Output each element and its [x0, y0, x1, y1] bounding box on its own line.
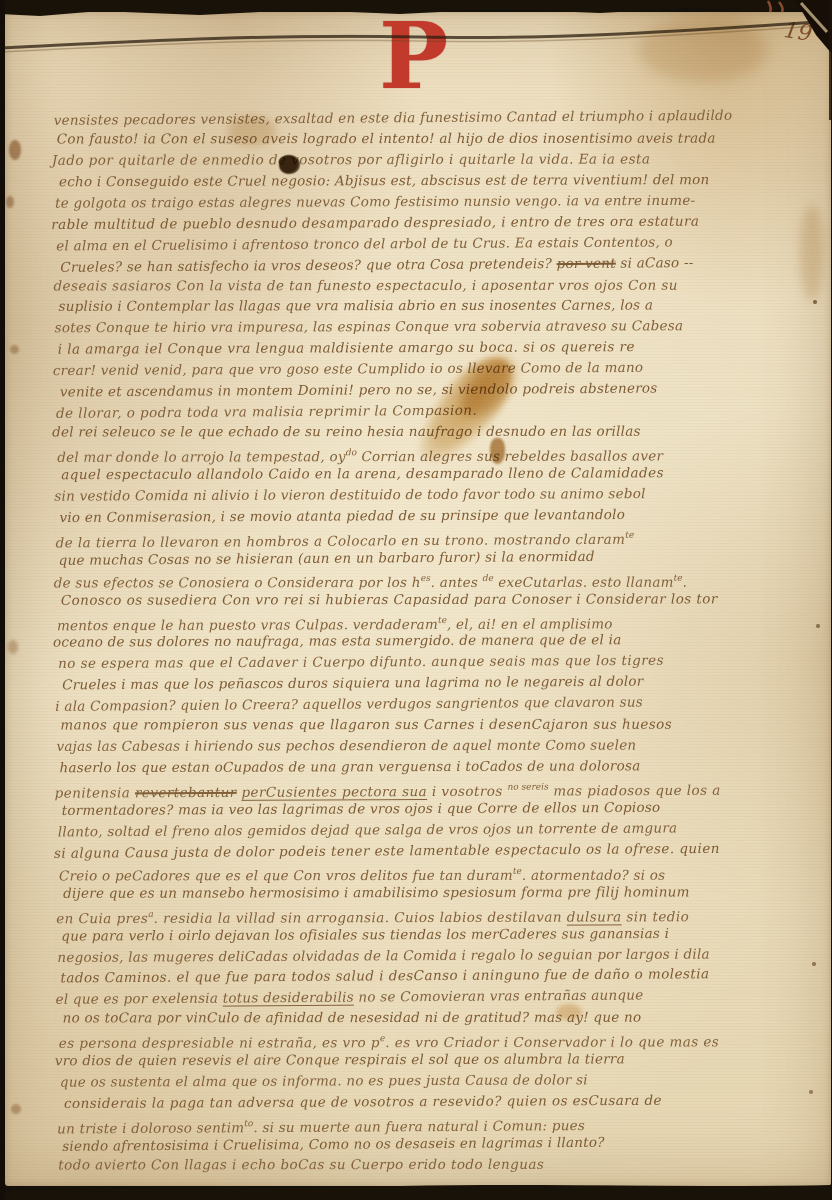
manuscript-line: todo avierto Con llagas i echo boCas su …	[58, 1154, 818, 1176]
manuscript-line: vro dios de quien resevis el aire Conque…	[55, 1049, 818, 1072]
manuscript-line: de sus efectos se Conosiera o Considerar…	[54, 568, 816, 590]
bottom-dark-edge	[0, 1185, 832, 1200]
manuscript-line: es persona despresiable ni estraña, es v…	[59, 1028, 818, 1051]
page-number: 19	[782, 18, 814, 47]
manuscript-line: del mar donde lo arrojo la tempestad, oy…	[57, 442, 815, 465]
manuscript-line: sotes Conque te hirio vra impuresa, las …	[55, 316, 815, 339]
manuscript-line: manos que rompieron sus venas que llagar…	[60, 715, 816, 737]
manuscript-line: haserlo los que estan oCupados de una gr…	[60, 756, 817, 779]
manuscript-line: vajas las Cabesas i hiriendo sus pechos …	[56, 735, 816, 758]
manuscript-line: Con fausto! ia Con el suseso aveis logra…	[57, 128, 814, 150]
manuscript-page-scan: P 19 vensistes pecadores vensistes, exsa…	[0, 0, 832, 1200]
manuscript-line: no os toCara por vinCulo de afinidad de …	[63, 1008, 818, 1030]
manuscript-line: Conosco os susediera Con vro rei si hubi…	[61, 589, 816, 612]
manuscript-line: en Cuia presa. residia la villad sin arr…	[56, 902, 817, 925]
manuscript-line: deseais sasiaros Con la vista de tan fun…	[53, 275, 814, 297]
manuscript-line: Jado por quitarle de enmedio de vosotros…	[52, 149, 814, 172]
manuscript-line: que para verlo i oirlo dejavan los ofisi…	[61, 923, 817, 947]
manuscript-line: Creio o peCadores que es el que Con vros…	[59, 861, 817, 883]
manuscript-line: echo i Conseguido este Cruel negosio: Ab…	[59, 170, 814, 193]
manuscript-line: mentos enque le han puesto vras Culpas. …	[57, 609, 816, 632]
manuscript-line: aquel espectaculo allandolo Caido en la …	[61, 463, 815, 486]
manuscript-line: suplisio i Contemplar las llagas que vra…	[59, 296, 815, 319]
manuscript-text: vensistes pecadores vensistes, exsaltad …	[54, 106, 819, 1177]
illuminated-initial: P	[379, 16, 448, 96]
edge-digit-fragment	[768, 1, 783, 12]
manuscript-line: del rei seleuco se le que echado de su r…	[52, 422, 815, 444]
manuscript-line: dijere que es un mansebo hermosisimo i a…	[63, 882, 817, 905]
